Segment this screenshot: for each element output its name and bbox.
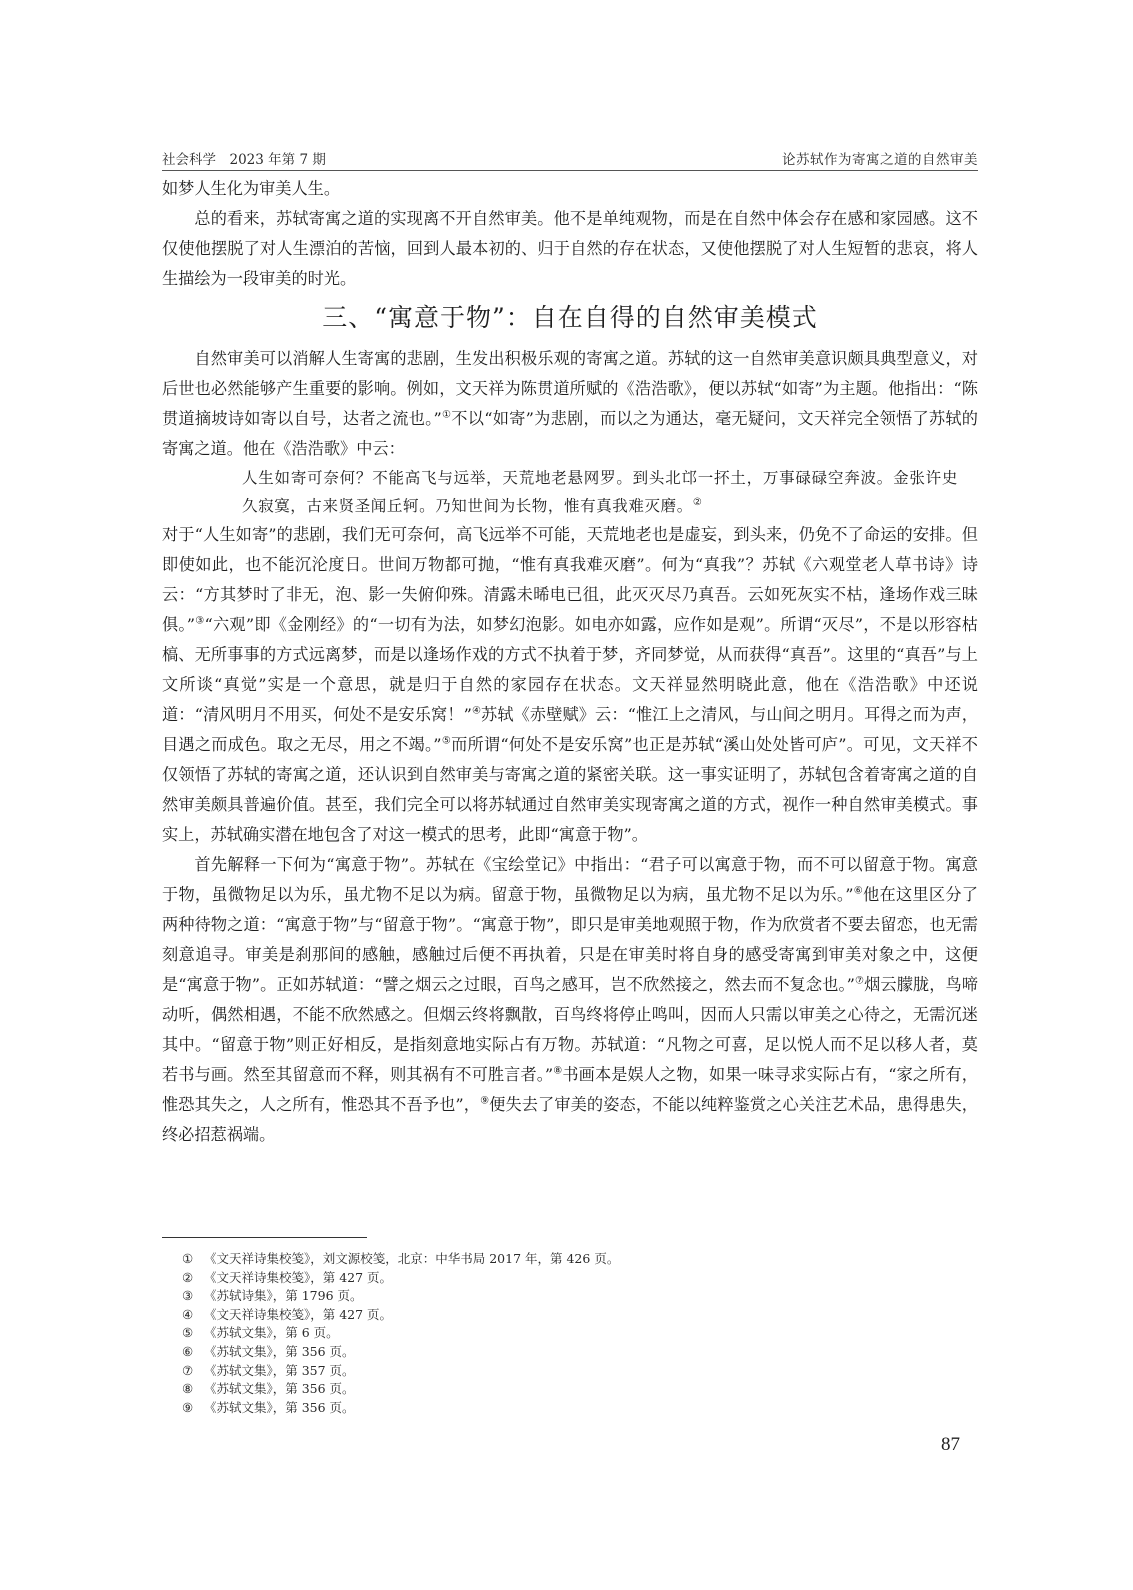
footnote-7: ⑦《苏轼文集》，第 357 页。 — [182, 1362, 962, 1381]
footnote-number: ⑦ — [182, 1362, 204, 1381]
paragraph-continued: 如梦人生化为审美人生。 — [162, 174, 978, 204]
footnote-text: 《文天祥诗集校笺》，刘文源校笺，北京：中华书局 2017 年，第 426 页。 — [204, 1251, 619, 1266]
footnote-number: ④ — [182, 1306, 204, 1325]
footnote-text: 《苏轼文集》，第 6 页。 — [204, 1325, 339, 1340]
footnotes: ①《文天祥诗集校笺》，刘文源校笺，北京：中华书局 2017 年，第 426 页。… — [182, 1250, 962, 1417]
article-short-title: 论苏轼作为寄寓之道的自然审美 — [782, 148, 978, 168]
footnote-ref-6[interactable]: ⑥ — [854, 886, 864, 897]
footnote-text: 《苏轼文集》，第 356 页。 — [204, 1381, 355, 1396]
block-quote-verse: 人生如寄可奈何？不能高飞与远举，天荒地老悬网罗。到头北邙一抔土，万事碌碌空奔波。… — [162, 464, 978, 520]
footnote-ref-2[interactable]: ② — [693, 497, 703, 508]
header-rule — [162, 170, 978, 171]
page-number: 87 — [941, 1434, 960, 1456]
footnote-separator — [162, 1237, 367, 1238]
footnote-text: 《苏轼文集》，第 356 页。 — [204, 1400, 355, 1415]
footnote-ref-4[interactable]: ④ — [472, 706, 481, 717]
footnote-text: 《苏轼文集》，第 356 页。 — [204, 1344, 355, 1359]
footnote-text: 《文天祥诗集校笺》，第 427 页。 — [204, 1270, 392, 1285]
footnote-ref-1[interactable]: ① — [442, 410, 452, 421]
footnote-5: ⑤《苏轼文集》，第 6 页。 — [182, 1324, 962, 1343]
footnote-ref-9[interactable]: ⑨ — [480, 1096, 489, 1107]
paragraph-true-self: 对于“人生如寄”的悲剧，我们无可奈何，高飞远举不可能，天荒地老也是虚妄，到头来，… — [162, 520, 978, 850]
footnote-text: 《苏轼文集》，第 357 页。 — [204, 1363, 355, 1378]
footnote-8: ⑧《苏轼文集》，第 356 页。 — [182, 1380, 962, 1399]
running-head: 社会科学 2023 年第 7 期 论苏轼作为寄寓之道的自然审美 — [162, 148, 978, 170]
footnote-6: ⑥《苏轼文集》，第 356 页。 — [182, 1343, 962, 1362]
footnote-2: ②《文天祥诗集校笺》，第 427 页。 — [182, 1269, 962, 1288]
paragraph-definition: 首先解释一下何为“寓意于物”。苏轼在《宝绘堂记》中指出：“君子可以寓意于物，而不… — [162, 850, 978, 1150]
journal-issue: 社会科学 2023 年第 7 期 — [162, 148, 326, 168]
footnote-1: ①《文天祥诗集校笺》，刘文源校笺，北京：中华书局 2017 年，第 426 页。 — [182, 1250, 962, 1269]
section-heading: 三、“寓意于物”：自在自得的自然审美模式 — [162, 298, 978, 338]
article-body: 如梦人生化为审美人生。 总的看来，苏轼寄寓之道的实现离不开自然审美。他不是单纯观… — [162, 174, 978, 1150]
journal-page: 社会科学 2023 年第 7 期 论苏轼作为寄寓之道的自然审美 如梦人生化为审美… — [162, 0, 978, 1590]
footnote-ref-8[interactable]: ⑧ — [553, 1066, 562, 1077]
footnote-number: ⑤ — [182, 1324, 204, 1343]
verse-text: 人生如寄可奈何？不能高飞与远举，天荒地老悬网罗。到头北邙一抔土，万事碌碌空奔波。… — [242, 469, 958, 515]
paragraph-intro: 自然审美可以消解人生寄寓的悲剧，生发出积极乐观的寄寓之道。苏轼的这一自然审美意识… — [162, 344, 978, 464]
footnote-number: ③ — [182, 1287, 204, 1306]
footnote-number: ⑨ — [182, 1399, 204, 1418]
footnote-number: ⑧ — [182, 1380, 204, 1399]
footnote-text: 《文天祥诗集校笺》，第 427 页。 — [204, 1307, 392, 1322]
footnote-number: ① — [182, 1250, 204, 1269]
footnote-number: ⑥ — [182, 1343, 204, 1362]
footnote-ref-5[interactable]: ⑤ — [442, 736, 451, 747]
footnote-number: ② — [182, 1269, 204, 1288]
footnote-9: ⑨《苏轼文集》，第 356 页。 — [182, 1399, 962, 1418]
footnote-4: ④《文天祥诗集校笺》，第 427 页。 — [182, 1306, 962, 1325]
footnote-text: 《苏轼诗集》，第 1796 页。 — [204, 1288, 363, 1303]
paragraph-summary: 总的看来，苏轼寄寓之道的实现离不开自然审美。他不是单纯观物，而是在自然中体会存在… — [162, 204, 978, 294]
footnote-3: ③《苏轼诗集》，第 1796 页。 — [182, 1287, 962, 1306]
footnote-ref-7[interactable]: ⑦ — [855, 976, 864, 987]
